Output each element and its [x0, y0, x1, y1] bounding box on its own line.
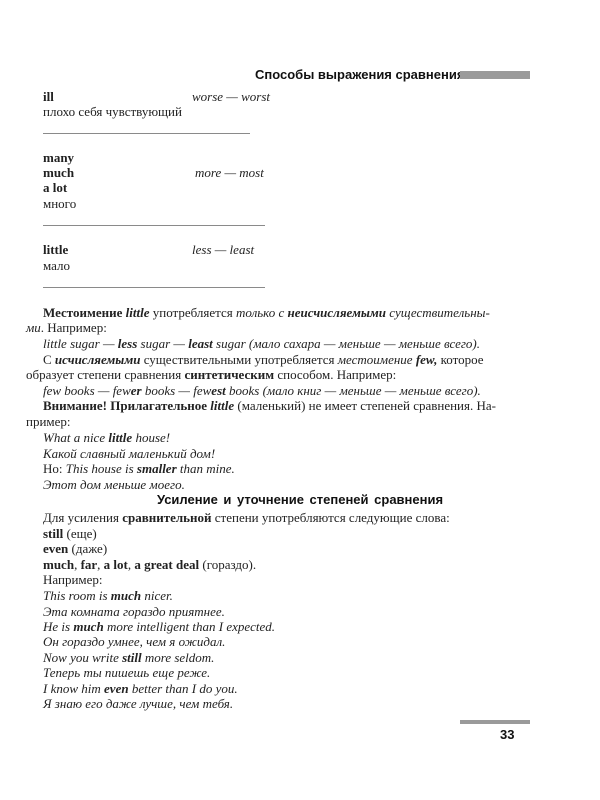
intensifier-still: still (еще)	[43, 526, 97, 542]
example-smaller: Но: This house is smaller than mine.	[43, 461, 235, 477]
example-sentence: Он гораздо умнее, чем я ожидал.	[43, 634, 225, 650]
example-sentence: Теперь ты пишешь еще реже.	[43, 665, 210, 681]
page-number: 33	[500, 727, 514, 742]
intensifier-even: even (даже)	[43, 541, 107, 557]
translation-much: много	[43, 196, 76, 212]
attention-line1: Внимание! Прилагательное little (маленьк…	[43, 398, 496, 414]
word-ill: ill	[43, 89, 54, 105]
example-sentence: This room is much nicer.	[43, 588, 173, 604]
example-nice-little-house: What a nice little house!	[43, 430, 170, 446]
example-sentence: I know him even better than I do you.	[43, 681, 238, 697]
example-sentence: He is much more intelligent than I expec…	[43, 619, 275, 635]
example-sentence: Я знаю его даже лучше, чем тебя.	[43, 696, 233, 712]
example-sentence: Эта комната гораздо приятнее.	[43, 604, 225, 620]
paragraph-few-line2: образует степени сравнения синтетическим…	[26, 367, 396, 383]
separator-line	[43, 287, 265, 288]
word-a-lot: a lot	[43, 180, 67, 196]
word-much: much	[43, 165, 74, 181]
example-few-books: few books — fewer books — fewest books (…	[43, 383, 481, 399]
example-sentence: Now you write still more seldom.	[43, 650, 214, 666]
forms-ill: worse — worst	[192, 89, 270, 105]
word-many: many	[43, 150, 74, 166]
paragraph-few-line1: С исчисляемыми существительными употребл…	[43, 352, 484, 368]
translation-little: мало	[43, 258, 70, 274]
example-translation-house: Какой славный маленький дом!	[43, 446, 215, 462]
forms-much: more — most	[195, 165, 264, 181]
forms-little: less — least	[192, 242, 254, 258]
example-little-sugar: little sugar — less sugar — least sugar …	[43, 336, 480, 352]
word-little: little	[43, 242, 68, 258]
header-bar	[460, 71, 530, 79]
section-intro: Для усиления сравнительной степени употр…	[43, 510, 450, 526]
footer-bar	[460, 720, 530, 724]
separator-line	[43, 133, 250, 134]
separator-line	[43, 225, 265, 226]
example-label: Например:	[43, 572, 103, 588]
translation-ill: плохо себя чувствующий	[43, 104, 182, 120]
example-translation-smaller: Этот дом меньше моего.	[43, 477, 185, 493]
attention-line2: пример:	[26, 414, 71, 430]
paragraph-little-line2: ми. Например:	[26, 320, 107, 336]
intensifier-much-far: much, far, a lot, a great deal (гораздо)…	[43, 557, 256, 573]
paragraph-little-line1: Местоимение little употребляется только …	[43, 305, 490, 321]
running-title: Способы выражения сравнения	[255, 67, 464, 82]
section-heading: Усиление и уточнение степеней сравнения	[0, 492, 600, 507]
